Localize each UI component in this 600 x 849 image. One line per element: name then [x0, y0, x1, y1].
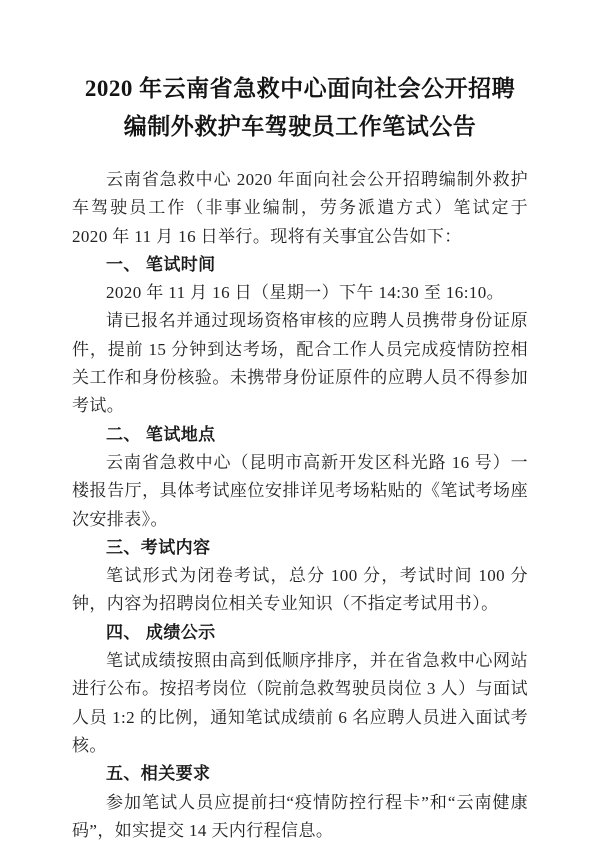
exam-time-paragraph: 2020 年 11 月 16 日（星期一）下午 14:30 至 16:10。	[72, 279, 528, 307]
section-heading-related-requirements: 五、相关要求	[72, 760, 528, 788]
section-heading-score-publication: 四、 成绩公示	[72, 619, 528, 647]
section-heading-exam-location: 二、 笔试地点	[72, 421, 528, 449]
score-publication-paragraph: 笔试成绩按照由高到低顺序排序，并在省急救中心网站进行公布。按招考岗位（院前急救驾…	[72, 647, 528, 760]
exam-content-paragraph: 笔试形式为闭卷考试，总分 100 分，考试时间 100 分钟，内容为招聘岗位相关…	[72, 562, 528, 619]
exam-location-paragraph: 云南省急救中心（昆明市高新开发区科光路 16 号）一楼报告厅，具体考试座位安排详…	[72, 449, 528, 534]
page-title-line-1: 2020 年云南省急救中心面向社会公开招聘	[85, 76, 515, 101]
section-heading-exam-content: 三、考试内容	[72, 534, 528, 562]
document-page: 2020 年云南省急救中心面向社会公开招聘 编制外救护车驾驶员工作笔试公告 云南…	[0, 0, 600, 849]
exam-time-requirements-paragraph: 请已报名并通过现场资格审核的应聘人员携带身份证原件，提前 15 分钟到达考场，配…	[72, 307, 528, 420]
intro-paragraph: 云南省急救中心 2020 年面向社会公开招聘编制外救护车驾驶员工作（非事业编制，…	[72, 166, 528, 251]
page-title: 2020 年云南省急救中心面向社会公开招聘 编制外救护车驾驶员工作笔试公告	[72, 70, 528, 146]
page-title-line-2: 编制外救护车驾驶员工作笔试公告	[124, 114, 477, 139]
related-requirements-paragraph: 参加笔试人员应提前扫“疫情防控行程卡”和“云南健康码”，如实提交 14 天内行程…	[72, 789, 528, 846]
section-heading-exam-time: 一、 笔试时间	[72, 251, 528, 279]
